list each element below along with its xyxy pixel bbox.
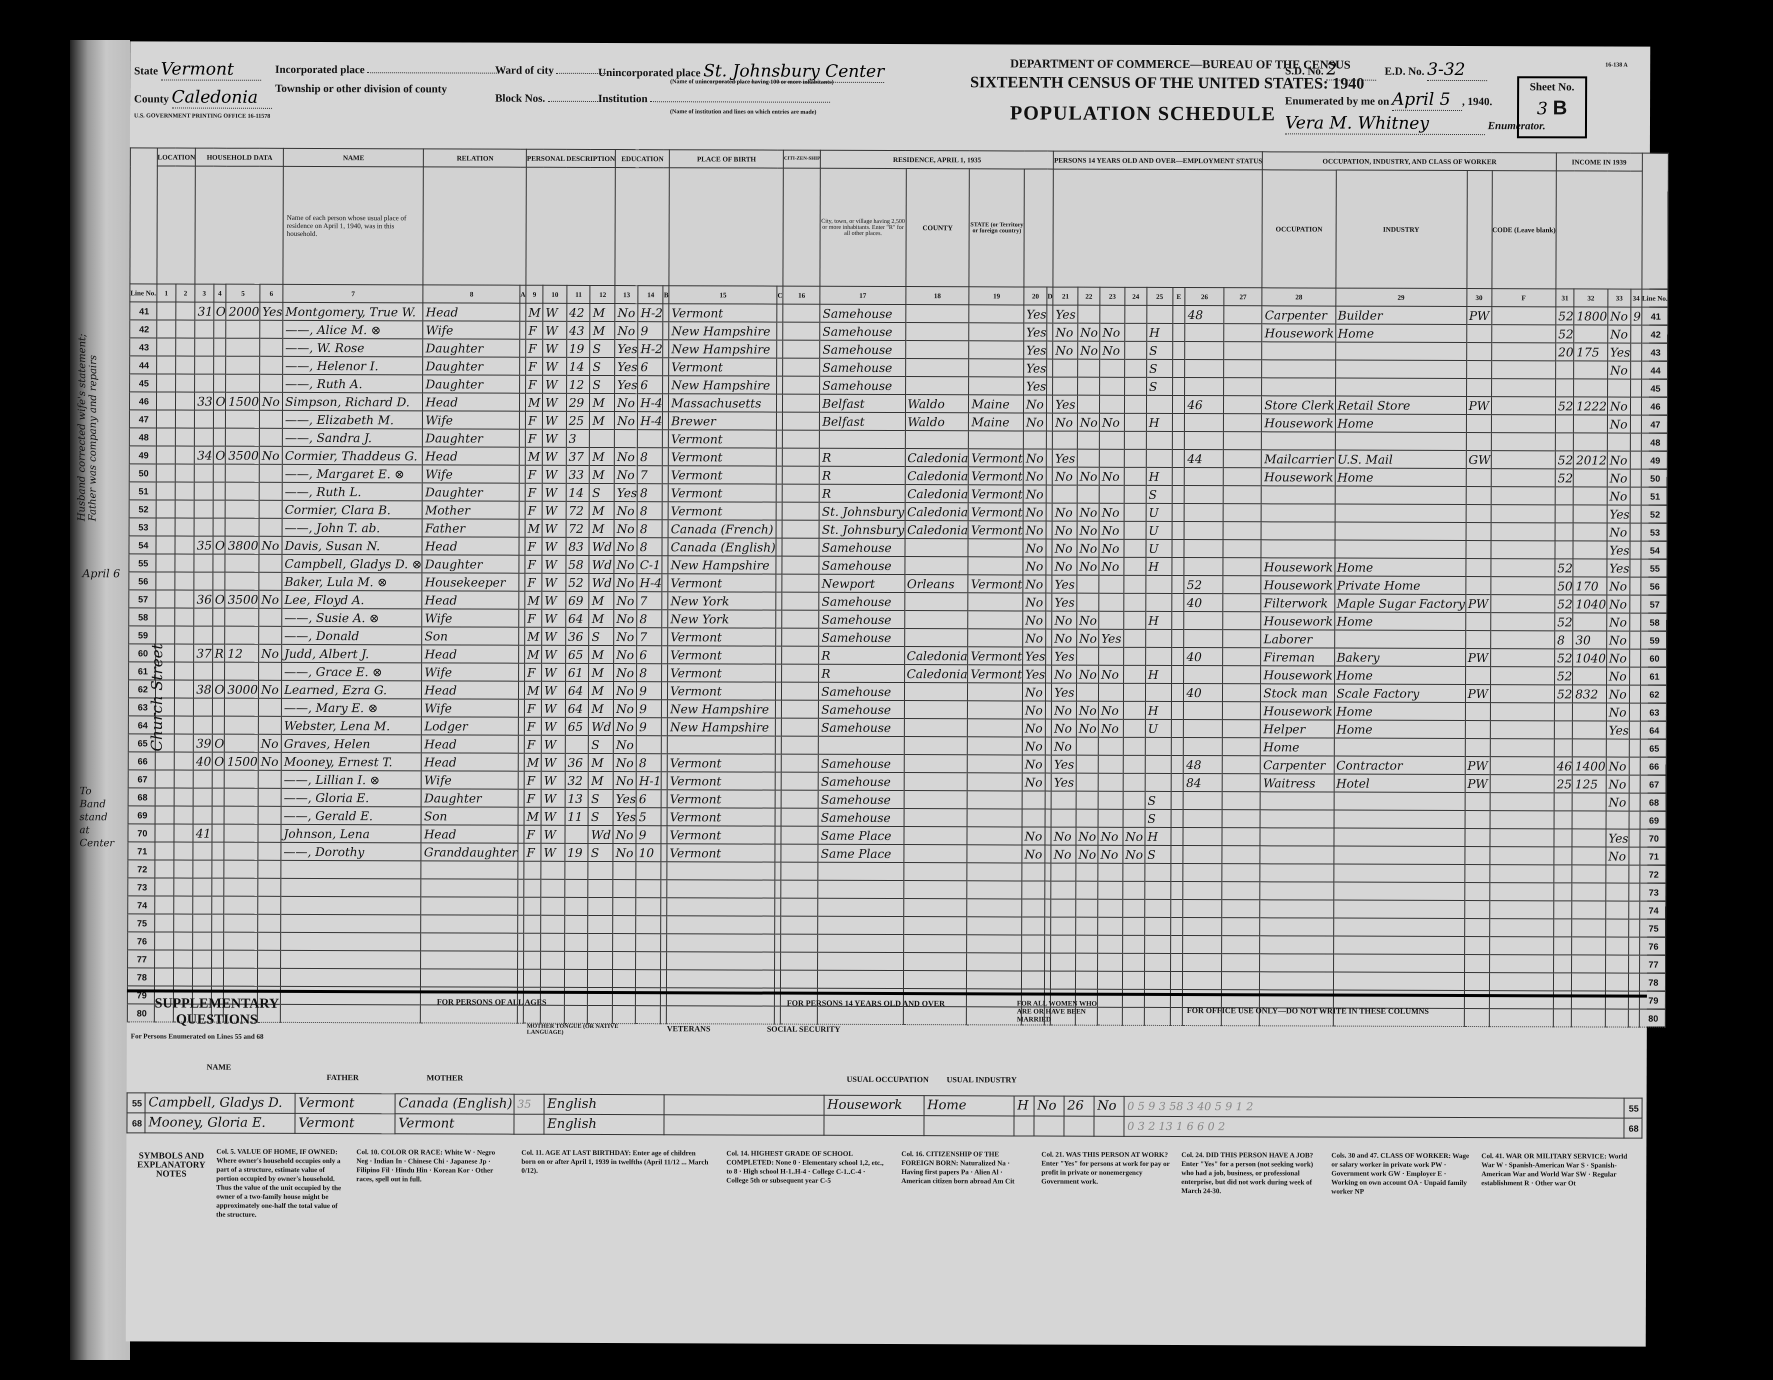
cell-school: No (613, 826, 636, 844)
cell-cit (781, 808, 818, 826)
cell-name: ——, Margaret E. ⊗ (282, 464, 422, 482)
relation-header: RELATION (424, 149, 527, 167)
cell-school: No (614, 448, 637, 466)
cell-c23 (1098, 791, 1123, 809)
cell-own (213, 374, 226, 392)
cell-grade: H-4 (638, 412, 663, 430)
cell-resblank-county (904, 827, 968, 845)
cell-ind (1335, 486, 1466, 504)
column-number: 17 (820, 286, 905, 304)
cell-age (564, 969, 588, 987)
cell-school: No (614, 718, 637, 736)
cell-farm35 (1022, 917, 1045, 935)
cell-rel (421, 951, 518, 969)
ed-number: 3-32 (1427, 60, 1487, 81)
cell-farm35: No (1022, 737, 1045, 755)
column-number: 14 (638, 286, 663, 304)
line-number: 65 (1640, 739, 1667, 757)
cell-school: No (614, 664, 637, 682)
cell-wages: 125 (1572, 775, 1606, 793)
cell-rel (421, 861, 518, 879)
cell-weeks (1554, 703, 1572, 721)
cell-c25: H (1146, 467, 1172, 485)
cell-blank-2 (175, 572, 194, 590)
cell-sex: M (526, 303, 543, 321)
cell-farm (257, 950, 280, 968)
cell-age: 61 (565, 663, 589, 681)
supplementary-row: 68Mooney, Gloria E.VermontVermontEnglish… (127, 1113, 1642, 1138)
cell-ind (1333, 954, 1464, 972)
cell-grade: H-4 (638, 394, 663, 412)
cell-value (224, 878, 258, 896)
cell-c23 (1100, 377, 1125, 395)
cell-blank-2 (176, 374, 195, 392)
cell-sex (524, 933, 541, 951)
cell-own (212, 806, 225, 824)
code-col-label: CODE (Leave blank) (1492, 171, 1557, 289)
cell-ms: M (589, 663, 614, 681)
cell-farm (259, 608, 282, 626)
cell-c23 (1098, 881, 1123, 899)
cell-cit (782, 610, 819, 628)
supplementary-section: SUPPLEMENTARY QUESTIONS For Persons Enum… (126, 989, 1647, 1147)
cell-c22 (1077, 431, 1099, 449)
cell-resblank-state: Maine (969, 413, 1024, 431)
cell-weeks (1554, 955, 1572, 973)
cell-ind: Home (1334, 558, 1465, 576)
cell-name: Judd, Albert J. (282, 644, 422, 662)
cell-weeks (1554, 829, 1572, 847)
note-col11: Col. 11. AGE AT LAST BIRTHDAY: Enter age… (521, 1149, 711, 1177)
column-number: 15 (669, 286, 777, 304)
cell-birth (667, 880, 775, 898)
household-header: HOUSEHOLD DATA (196, 148, 284, 166)
cell-street (156, 356, 175, 374)
cell-c21: Yes (1052, 593, 1077, 611)
column-number: 3 (195, 284, 213, 302)
cell-blank-e (1171, 647, 1184, 665)
cell-c24 (1124, 413, 1146, 431)
cell-own (212, 572, 225, 590)
cell-cit (782, 574, 819, 592)
cell-house (195, 410, 213, 428)
cell-farm35: No (1022, 719, 1045, 737)
cell-resblank-town: Samehouse (818, 808, 903, 826)
cell-resblank-county (903, 845, 967, 863)
cell-c24 (1123, 791, 1145, 809)
cell-resblank-state: Vermont (968, 647, 1023, 665)
cell-wages (1572, 865, 1606, 883)
cell-c26 (1183, 936, 1222, 954)
cell-cls (1465, 811, 1490, 829)
cell-farmno (1630, 397, 1641, 415)
cell-occ (1260, 882, 1333, 900)
cell-age: 25 (566, 411, 590, 429)
line-number: 75 (128, 914, 155, 932)
cell-farm (259, 554, 282, 572)
cell-c22: No (1076, 665, 1098, 683)
cell-school: Yes (613, 808, 636, 826)
cell-other: Yes (1607, 343, 1630, 361)
cell-resblank-town: Samehouse (819, 538, 904, 556)
cell-other: Yes (1607, 505, 1630, 523)
cell-value: 3500 (225, 590, 259, 608)
cell-grade: 8 (638, 448, 663, 466)
cell-blank-e (1172, 359, 1185, 377)
cell-occ: Carpenter (1262, 306, 1335, 324)
cell-own (213, 320, 226, 338)
cell-value (224, 860, 258, 878)
supp-cell-usualind: Home (924, 1096, 1014, 1116)
cell-blank-27 (1222, 882, 1261, 900)
cell-wages: 832 (1573, 685, 1607, 703)
cell-weeks: 8 (1555, 631, 1573, 649)
cell-c24 (1124, 341, 1146, 359)
cell-resblank-town: Belfast (820, 394, 905, 412)
cell-resblank-state (967, 845, 1022, 863)
cell-ms: Wd (589, 717, 614, 735)
cell-blank-f (1490, 739, 1554, 757)
line-number: 44 (1641, 361, 1668, 379)
cell-ms: M (589, 591, 614, 609)
cell-occ: Housework (1262, 468, 1335, 486)
cell-c24: No (1123, 845, 1145, 863)
cell-ms: S (590, 375, 615, 393)
line-number: 72 (128, 860, 155, 878)
cell-grade: 8 (637, 538, 662, 556)
cell-wages: 2012 (1574, 451, 1608, 469)
cell-farmno (1629, 901, 1640, 919)
line-number: 77 (1639, 955, 1666, 973)
cell-sex: F (525, 465, 542, 483)
cell-house: 31 (195, 302, 213, 320)
cell-c23: No (1099, 467, 1124, 485)
cell-occ: Mailcarrier (1262, 450, 1335, 468)
cell-farm35 (1022, 899, 1045, 917)
cell-blank-f (1489, 901, 1553, 919)
column-number: 10 (543, 285, 567, 303)
cell-c23 (1100, 305, 1125, 323)
cell-weeks: 52 (1556, 307, 1574, 325)
cell-resblank-town: Samehouse (818, 772, 903, 790)
supp-cell-agemarriage: 26 (1064, 1096, 1094, 1116)
cell-resblank-county (905, 341, 969, 359)
cell-own (212, 698, 225, 716)
cell-c21: No (1052, 467, 1077, 485)
cell-c26 (1184, 540, 1223, 558)
cell-blank-e (1170, 881, 1183, 899)
cell-blank-27 (1224, 342, 1263, 360)
cell-cit (781, 736, 818, 754)
cell-blank-2 (173, 968, 192, 986)
cell-farmno (1630, 631, 1641, 649)
cell-blank-27 (1223, 396, 1262, 414)
cell-farmno (1629, 919, 1640, 937)
line-number: 57 (1640, 595, 1667, 613)
cell-ind (1333, 882, 1464, 900)
column-number: 31 (1556, 289, 1574, 307)
cell-street (155, 824, 174, 842)
cell-c23: No (1099, 503, 1124, 521)
cell-c26: 84 (1184, 774, 1223, 792)
cell-ind (1334, 540, 1465, 558)
supp-mother-header: MOTHER (427, 1073, 463, 1082)
cell-resblank-state (967, 863, 1022, 881)
cell-c22 (1076, 899, 1098, 917)
cell-occ (1262, 432, 1335, 450)
cell-c22 (1075, 953, 1097, 971)
cell-blank-2 (174, 842, 193, 860)
cell-farmno (1629, 883, 1640, 901)
cell-c25 (1146, 449, 1172, 467)
cell-age: 64 (565, 681, 589, 699)
cell-c22: No (1077, 611, 1099, 629)
cell-resblank-county (905, 539, 969, 557)
cell-resblank-county: Caledonia (905, 485, 969, 503)
cell-ind (1334, 630, 1465, 648)
cell-cls (1465, 793, 1490, 811)
cell-ms: M (589, 519, 614, 537)
cell-other: No (1606, 847, 1629, 865)
cell-c25: U (1146, 503, 1172, 521)
cell-cit (782, 664, 819, 682)
cell-blank-f (1491, 541, 1555, 559)
cell-c23: No (1099, 521, 1124, 539)
cell-c24 (1123, 629, 1145, 647)
cell-birth: Vermont (667, 754, 775, 772)
supp-cell-marriedmore: No (1034, 1096, 1064, 1116)
supp-cell-marriedmore (1034, 1116, 1064, 1136)
supp-cell-code (514, 1114, 544, 1134)
cell-ms (590, 429, 615, 447)
cell-farmno (1630, 487, 1641, 505)
cell-blank-27 (1223, 504, 1262, 522)
cell-resblank-county (904, 593, 968, 611)
supp-cell-tongue: English (544, 1094, 664, 1114)
cell-c23: No (1100, 413, 1125, 431)
cell-name (281, 896, 421, 914)
cell-occ (1261, 522, 1334, 540)
cell-rel: Daughter (423, 339, 520, 357)
cell-farm35: No (1022, 845, 1045, 863)
cell-weeks (1555, 415, 1573, 433)
cell-birth: New Hampshire (668, 700, 776, 718)
cell-rel: Wife (423, 411, 520, 429)
line-number: 76 (1639, 937, 1666, 955)
cell-ind (1333, 972, 1464, 990)
supp-cell-line: 68 (1624, 1118, 1642, 1138)
cell-rel: Daughter (422, 555, 519, 573)
cell-blank-f (1490, 613, 1554, 631)
line-number: 56 (1640, 577, 1667, 595)
cell-age (564, 933, 588, 951)
cell-blank-27 (1223, 414, 1262, 432)
cell-farmno (1630, 469, 1641, 487)
column-number: 5 (226, 284, 260, 302)
cell-age: 14 (566, 357, 590, 375)
cell-cls (1464, 901, 1489, 919)
cell-occ: Filterwork (1261, 594, 1334, 612)
cell-resblank-state (967, 899, 1022, 917)
cell-cit (781, 880, 818, 898)
cell-race (541, 861, 565, 879)
cell-value (225, 554, 259, 572)
margin-note-april: April 6 (82, 567, 120, 580)
cell-sex: F (525, 411, 542, 429)
cell-other (1606, 865, 1629, 883)
line-number: 46 (129, 392, 156, 410)
cell-c22 (1076, 917, 1098, 935)
cell-house (193, 806, 211, 824)
cell-sex: F (525, 501, 542, 519)
column-number: 1 (157, 284, 176, 302)
cell-ms: M (589, 771, 614, 789)
cell-race: W (543, 429, 567, 447)
cell-blank-2 (174, 806, 193, 824)
cell-rel: Head (422, 537, 519, 555)
cell-farm (259, 626, 282, 644)
cell-name (281, 950, 421, 968)
cell-house: 38 (194, 680, 212, 698)
cell-sex (524, 861, 541, 879)
cell-occ: Laborer (1261, 630, 1334, 648)
cell-other: No (1607, 523, 1630, 541)
cell-farmno (1629, 865, 1640, 883)
cell-weeks (1556, 361, 1574, 379)
cell-school (613, 934, 636, 952)
cell-farm (258, 662, 281, 680)
cell-occ (1260, 900, 1333, 918)
cell-farm35: Yes (1023, 647, 1046, 665)
cell-ms: M (589, 645, 614, 663)
cell-c23 (1098, 917, 1123, 935)
cell-resblank-state (968, 539, 1023, 557)
cell-sex: F (524, 789, 541, 807)
cell-blank-27 (1223, 486, 1262, 504)
cell-age: 36 (566, 627, 590, 645)
cell-resblank-county (903, 917, 967, 935)
cell-c21 (1051, 935, 1076, 953)
cell-house (193, 896, 211, 914)
cell-blank-27 (1222, 810, 1261, 828)
cell-cit (781, 970, 818, 988)
cell-street (154, 914, 173, 932)
cell-house (194, 554, 212, 572)
cell-other (1606, 901, 1629, 919)
cell-farm (259, 410, 282, 428)
cell-occ: Stock man (1261, 684, 1334, 702)
cell-c26: 46 (1185, 396, 1224, 414)
cell-grade: 10 (636, 844, 661, 862)
cell-resblank-state (969, 359, 1024, 377)
cell-own (213, 338, 226, 356)
census-rows: 4131O2000YesMontgomery, True W.HeadMW42M… (127, 302, 1668, 1027)
cell-sex: M (525, 645, 542, 663)
column-number: 20 (1024, 287, 1047, 305)
cell-cls (1466, 379, 1491, 397)
cell-c25: H (1145, 701, 1171, 719)
cell-c25: U (1145, 719, 1171, 737)
cell-blank-27 (1223, 378, 1262, 396)
cell-age (565, 735, 589, 753)
cell-wages (1573, 667, 1607, 685)
cell-blank-2 (174, 896, 193, 914)
cell-wages (1573, 487, 1607, 505)
cell-farm (258, 842, 281, 860)
cell-house: 41 (193, 824, 211, 842)
column-number: 16 (783, 286, 820, 304)
sd-number: 2 (1326, 60, 1376, 81)
cell-birth: New Hampshire (668, 556, 776, 574)
cell-blank-f (1490, 757, 1554, 775)
cell-birth: New Hampshire (667, 718, 775, 736)
cell-sex: F (526, 339, 543, 357)
cell-birth: Vermont (668, 574, 776, 592)
cell-blank-2 (175, 392, 194, 410)
cell-blank-f (1490, 847, 1554, 865)
cell-resblank-county (903, 899, 967, 917)
cell-c23: No (1098, 827, 1123, 845)
cell-resblank-state (967, 953, 1022, 971)
cell-occ: Housework (1261, 576, 1334, 594)
cell-c23: No (1098, 719, 1123, 737)
cell-farm: Yes (260, 302, 283, 320)
cell-resblank-county (904, 719, 968, 737)
cell-c23: No (1099, 539, 1124, 557)
cell-birth: Vermont (668, 430, 776, 448)
cell-blank-27 (1222, 846, 1261, 864)
cell-c26 (1183, 954, 1222, 972)
cell-c26 (1185, 504, 1224, 522)
cell-other: No (1607, 487, 1630, 505)
cell-name: Webster, Lena M. (281, 716, 421, 734)
note-col41: Col. 41. WAR OR MILITARY SERVICE: World … (1481, 1152, 1631, 1189)
cell-farm35: No (1023, 575, 1046, 593)
cell-weeks: 20 (1556, 343, 1574, 361)
cell-value: 1500 (225, 752, 259, 770)
cell-value (224, 806, 258, 824)
cell-other (1605, 955, 1628, 973)
line-number: 55 (129, 554, 156, 572)
cell-c25: H (1146, 557, 1172, 575)
cell-school: No (613, 754, 636, 772)
cell-street (156, 428, 175, 446)
cell-race: W (542, 609, 566, 627)
cell-weeks (1554, 865, 1572, 883)
cell-house (193, 770, 211, 788)
cell-resblank-county (905, 305, 969, 323)
cell-own: R (212, 644, 225, 662)
cell-farm35: No (1022, 701, 1045, 719)
cell-race: W (542, 537, 566, 555)
cell-farm35 (1022, 953, 1045, 971)
cell-c21: No (1052, 737, 1077, 755)
cell-cls (1464, 883, 1489, 901)
cell-c24 (1124, 611, 1146, 629)
cell-c25: U (1146, 521, 1172, 539)
cell-own (212, 662, 225, 680)
cell-street (156, 536, 175, 554)
cell-rel: Father (423, 519, 520, 537)
cell-blank-27 (1222, 684, 1261, 702)
cell-value (226, 338, 260, 356)
cell-age: 64 (566, 609, 590, 627)
cell-c24 (1124, 395, 1146, 413)
cell-blank-e (1171, 629, 1184, 647)
cell-farm35: No (1023, 557, 1046, 575)
cell-c23 (1099, 431, 1124, 449)
cell-farm35: Yes (1023, 665, 1046, 683)
